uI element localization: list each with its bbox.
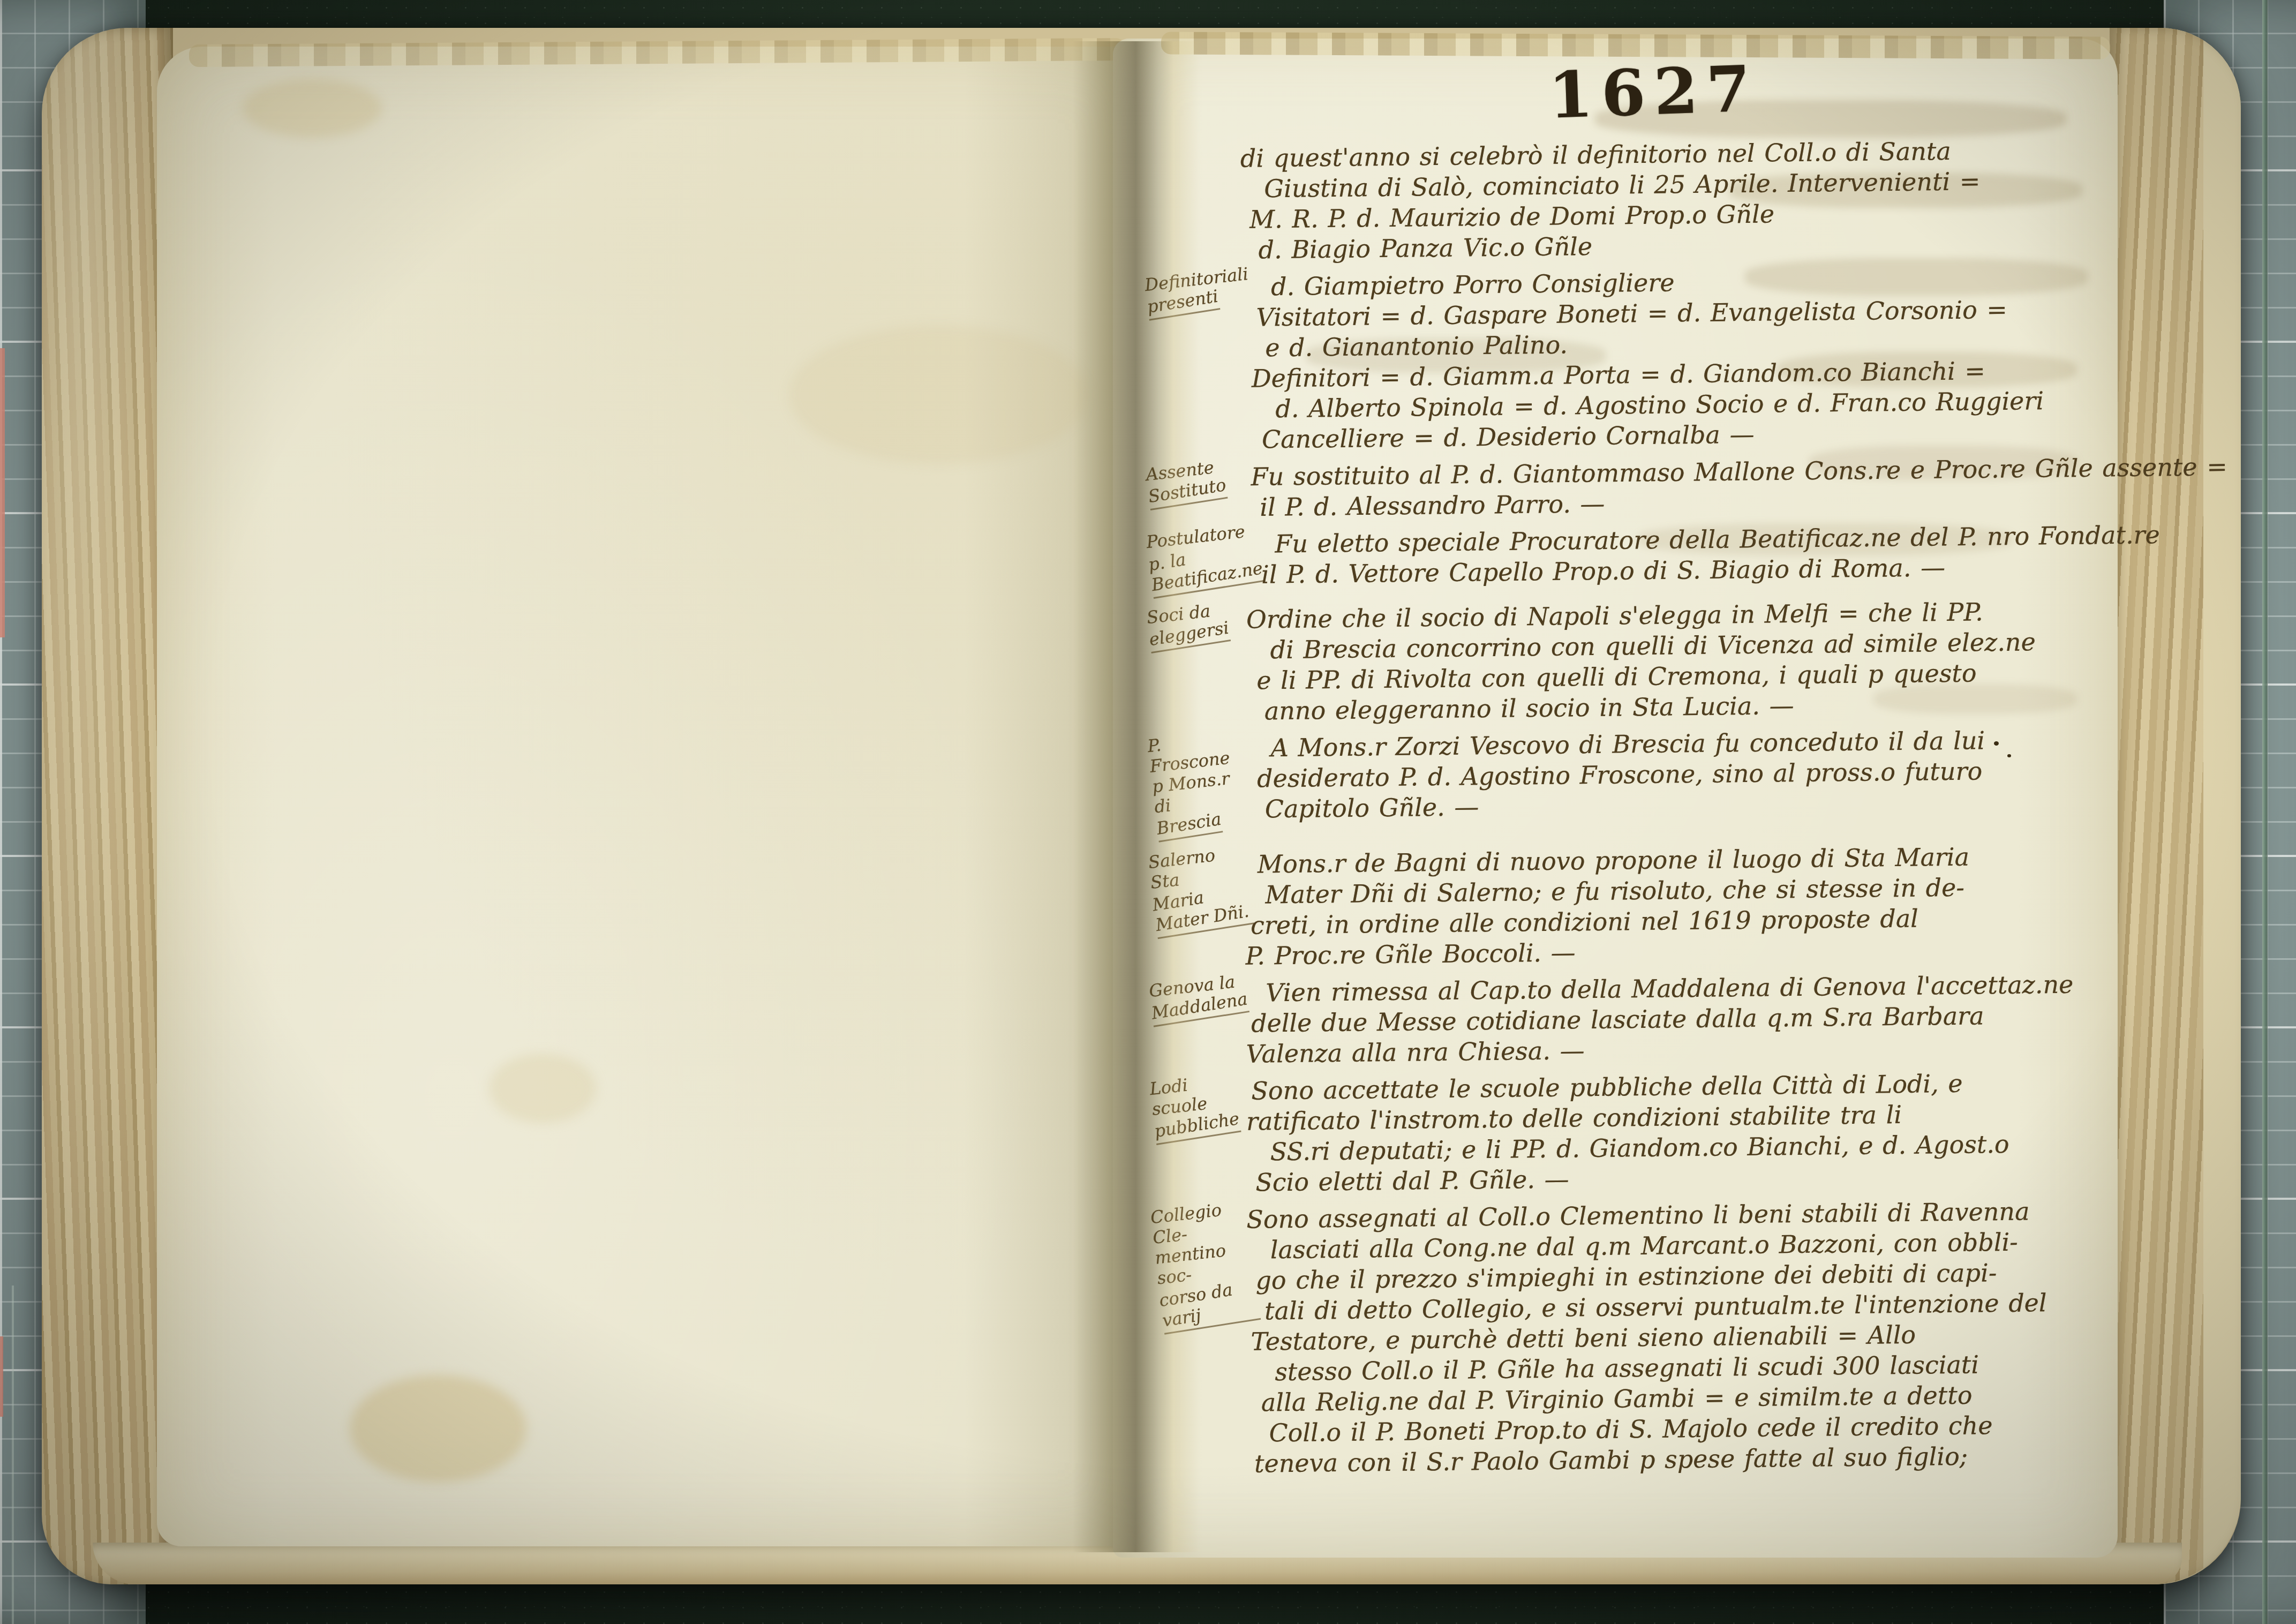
section-body: Fu eletto speciale Procuratore della Bea… — [1258, 520, 2161, 598]
photo-stage: 1627 di quest'anno si celebrò il definit… — [0, 0, 2296, 1624]
pink-strip-upper — [0, 348, 5, 637]
manuscript-section: Postulatorep. la Beatificaz.ne Fu eletto… — [1145, 522, 2097, 597]
pink-strip-lower — [0, 1336, 3, 1417]
paper-stain — [243, 79, 382, 138]
section-body: Fu sostituito al P. d. Giantommaso Mallo… — [1242, 452, 2227, 523]
glass-edge-left — [12, 1285, 14, 1624]
glass-edge-right — [2262, 0, 2268, 1624]
manuscript-book: 1627 di quest'anno si celebrò il definit… — [42, 28, 2241, 1584]
margin-note: P. Frosconep Mons.r diBrescia — [1147, 725, 1255, 841]
margin-note: Soci daeleggersi — [1146, 597, 1255, 725]
manuscript-section: Definitorialipresenti d. Giampietro Porr… — [1143, 265, 2096, 454]
paper-stain — [789, 325, 1089, 464]
manuscript-section: Collegio Cle-mentino soc-corso da varij … — [1149, 1198, 2102, 1478]
section-body: Mons.r de Bagni di nuovo propone il luog… — [1245, 840, 2099, 972]
manuscript-section: Soci daeleggersi Ordine che il socio di … — [1146, 598, 2097, 726]
margin-note: Genova laMaddalena — [1148, 970, 1255, 1067]
manuscript-section: P. Frosconep Mons.r diBrescia A Mons.r Z… — [1147, 726, 2098, 842]
paper-stain — [350, 1375, 526, 1482]
section-body: Vien rimessa al Cap.to della Maddalena d… — [1245, 969, 2100, 1070]
margin-note: Lodi scuolepubbliche — [1149, 1068, 1259, 1196]
margin-note: Postulatorep. la Beatificaz.ne — [1145, 520, 1264, 596]
margin-note — [1143, 136, 1253, 264]
manuscript-section: di quest'anno si celebrò il definitorio … — [1143, 137, 2095, 265]
manuscript-section: Salerno StaMaria Mater Dñi. Mons.r de Ba… — [1147, 843, 2099, 971]
section-body: Ordine che il socio di Napoli s'elegga i… — [1243, 596, 2098, 727]
section-body: di quest'anno si celebrò il definitorio … — [1240, 134, 2095, 266]
margin-note: AssenteSostituto — [1145, 454, 1248, 521]
page-block-edge-right — [2110, 28, 2241, 1584]
manuscript-section: Genova laMaddalena Vien rimessa al Cap.t… — [1148, 971, 2100, 1069]
section-body: Sono accettate le scuole pubbliche della… — [1246, 1067, 2101, 1198]
page-block-edge-left — [42, 28, 173, 1584]
year-heading: 1627 — [1487, 49, 1821, 135]
right-page-text: 1627 di quest'anno si celebrò il definit… — [1113, 39, 2118, 1558]
paper-stain — [489, 1054, 596, 1123]
manuscript-section: Lodi scuolepubbliche Sono accettate le s… — [1149, 1069, 2101, 1197]
section-body: A Mons.r Zorzi Vescovo di Brescia fu con… — [1244, 724, 2098, 843]
margin-note: Salerno StaMaria Mater Dñi. — [1147, 841, 1257, 969]
left-page-blank — [157, 47, 1141, 1546]
manuscript-section: AssenteSostituto Fu sostituito al P. d. … — [1145, 455, 2097, 522]
section-body: d. Giampietro Porro ConsigliereVisitator… — [1247, 263, 2097, 455]
section-body: Sono assegnati al Coll.o Clementino li b… — [1246, 1196, 2103, 1479]
manuscript-sections: di quest'anno si celebrò il definitorio … — [1143, 137, 2103, 1550]
deckle-edge-left-page — [189, 38, 1125, 67]
